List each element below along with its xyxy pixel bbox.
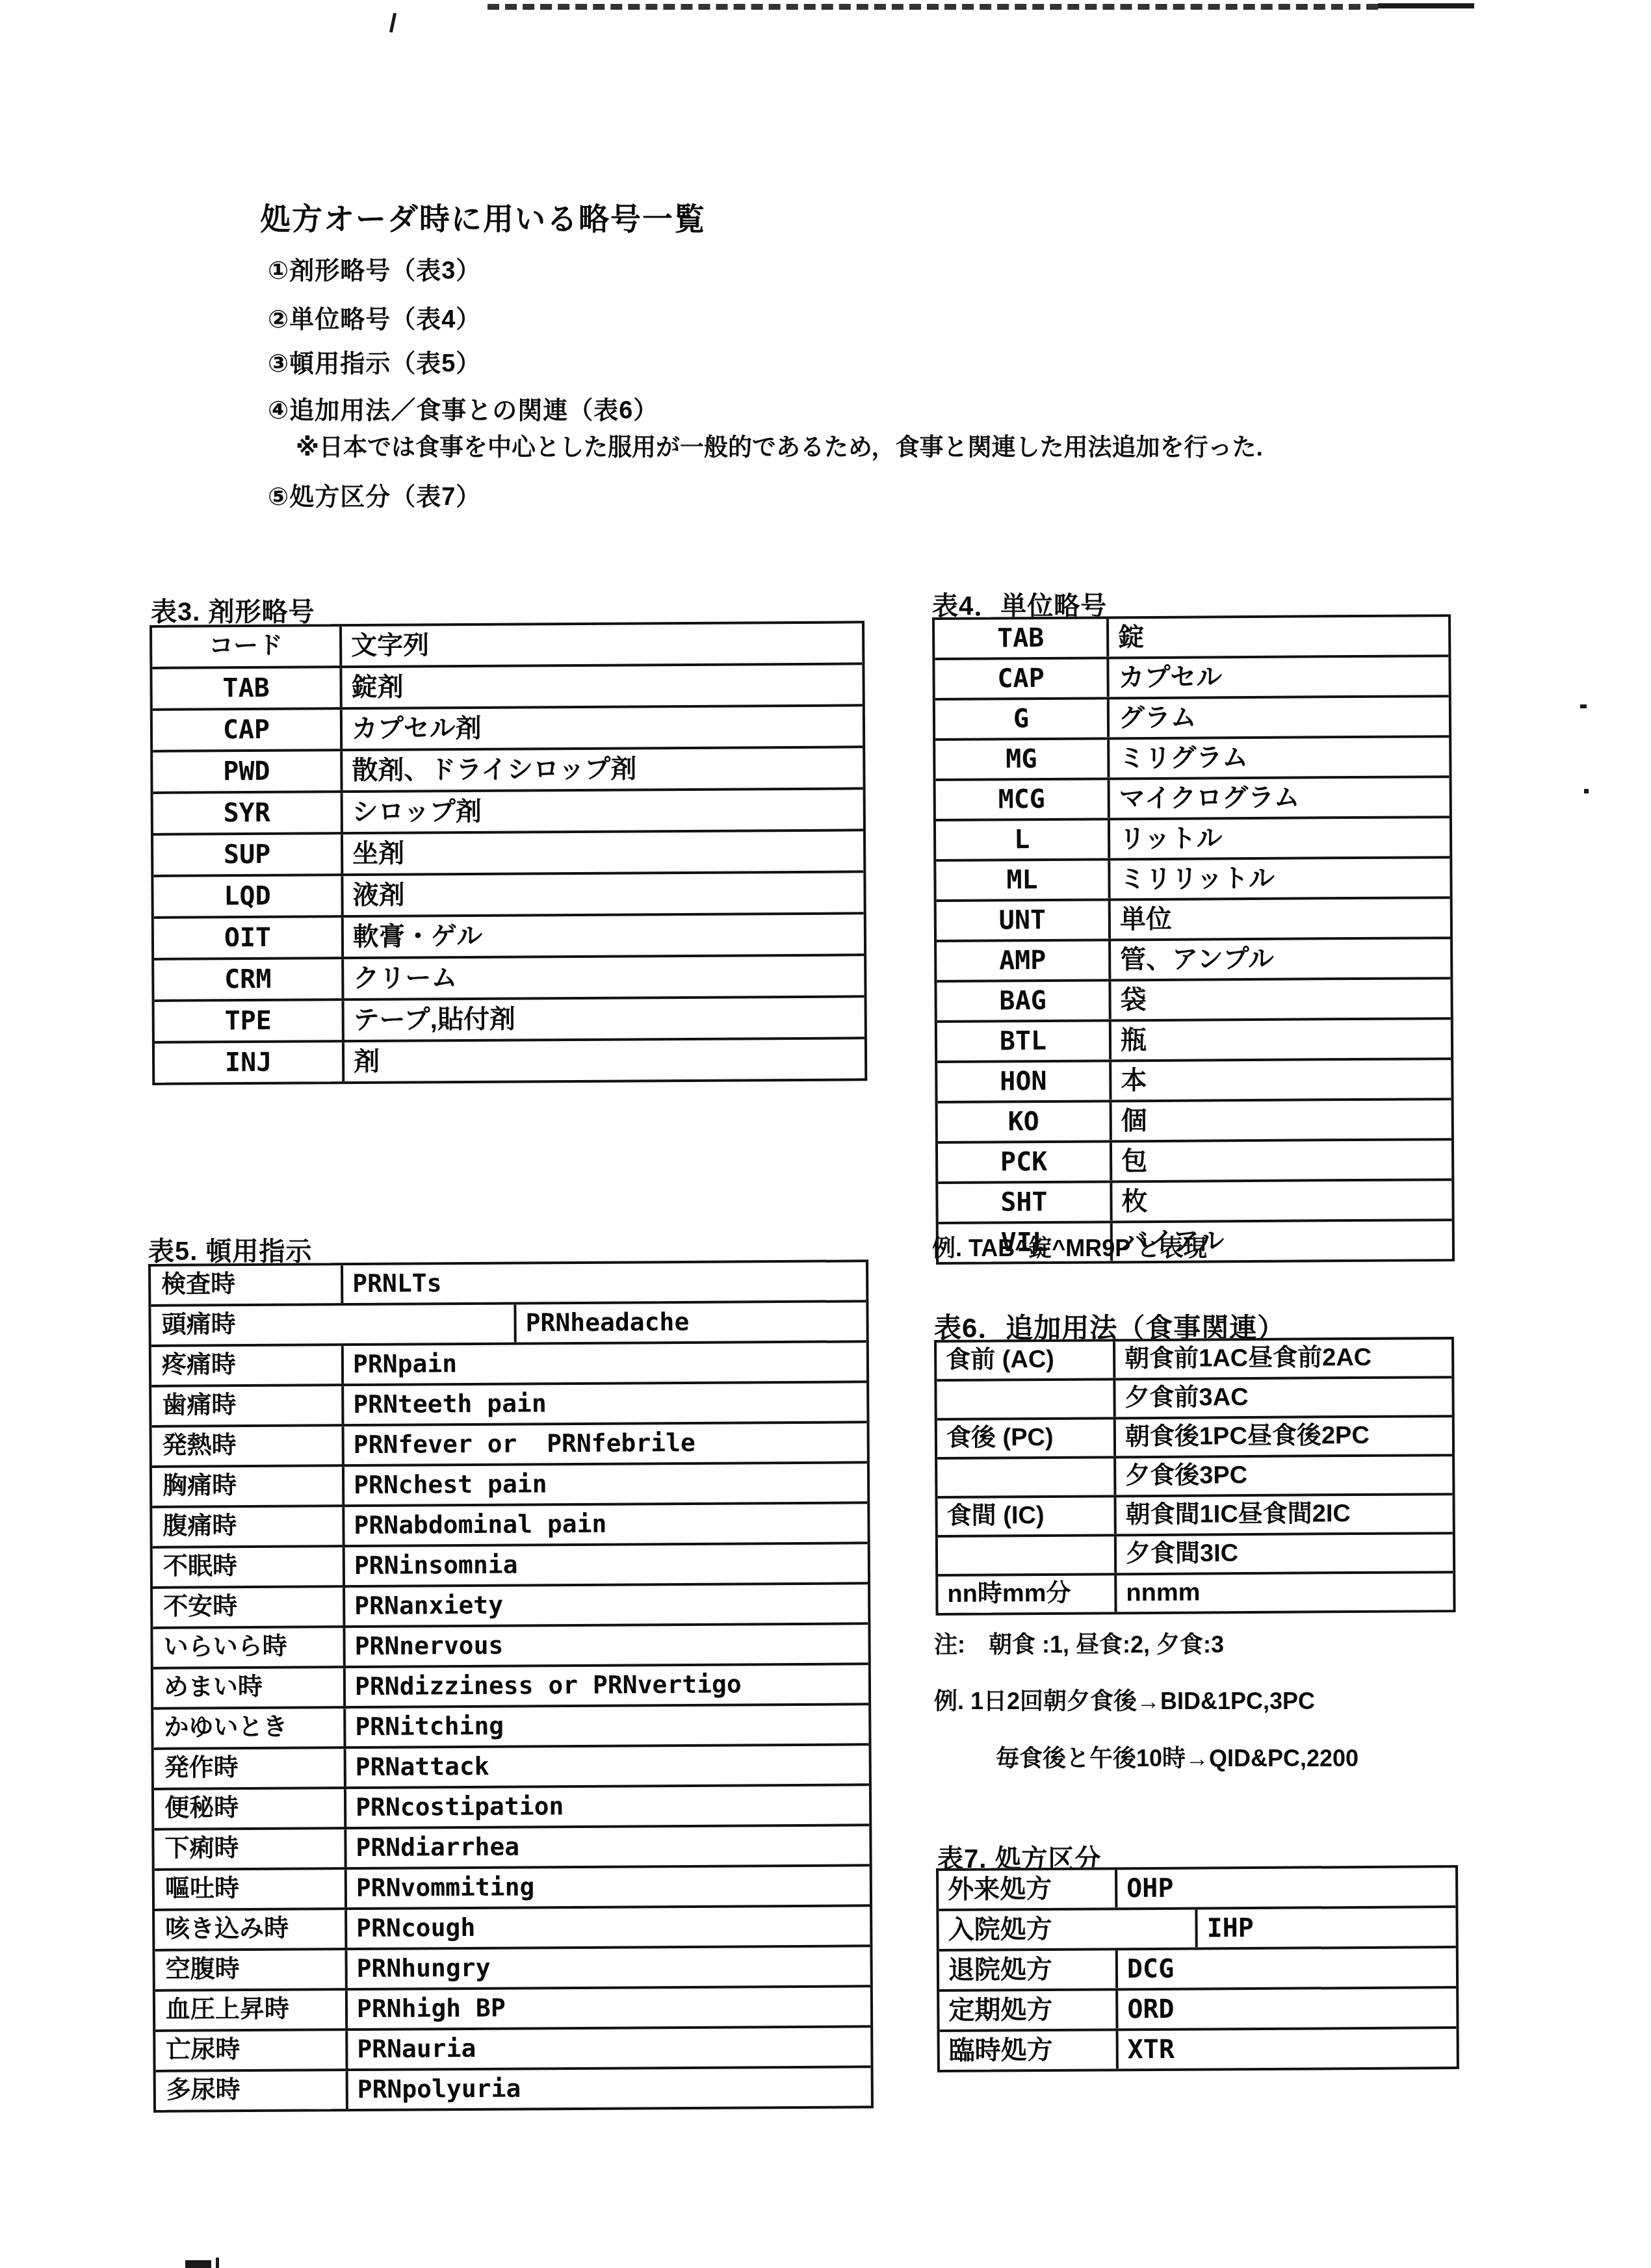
value-cell: クリーム xyxy=(341,956,864,998)
term-cell: 定期処方 xyxy=(939,1991,1115,2030)
term-cell: TPE xyxy=(155,1001,342,1041)
value-cell: 夕食後3PC xyxy=(1113,1456,1452,1495)
term-cell: 発熱時 xyxy=(152,1426,342,1465)
table-row: 退院処方DCG xyxy=(939,1946,1456,1989)
table-row: MLミリリットル xyxy=(936,856,1449,899)
term-cell: 空腹時 xyxy=(155,1950,344,1989)
term-cell: PWD xyxy=(153,751,340,792)
value-cell: 朝食前1AC昼食前2AC xyxy=(1113,1339,1451,1378)
term-cell: 発作時 xyxy=(154,1749,344,1788)
term-cell: nn時mm分 xyxy=(938,1575,1114,1613)
value-cell: 管、アンプル xyxy=(1108,939,1450,979)
table-row: MGミリグラム xyxy=(935,735,1449,779)
scan-artifact-bottom-tick xyxy=(216,2258,219,2268)
term-cell: CAP xyxy=(153,710,340,750)
term-cell: L xyxy=(936,820,1108,859)
table-row: 臨時処方XTR xyxy=(940,2026,1457,2070)
term-cell: 不安時 xyxy=(153,1588,343,1627)
table6-meal-related-usage: 食前 (AC)朝食前1AC昼食前2AC夕食前3AC食後 (PC)朝食後1PC昼食… xyxy=(934,1337,1456,1616)
value-cell: DCG xyxy=(1115,1948,1456,1988)
term-cell: 食前 (AC) xyxy=(937,1341,1113,1379)
table-row: CAPカプセル剤 xyxy=(153,704,863,750)
term-cell: CAP xyxy=(935,659,1106,698)
table-row: 食後 (PC)朝食後1PC昼食後2PC xyxy=(937,1415,1452,1457)
table-row: HON本 xyxy=(937,1057,1451,1101)
value-cell: 剤 xyxy=(342,1039,864,1081)
value-cell: 袋 xyxy=(1108,979,1450,1019)
table-row: BTL瓶 xyxy=(937,1017,1451,1061)
value-cell: PRNanxiety xyxy=(343,1584,868,1625)
table-row: 腹痛時PRNabdominal pain xyxy=(152,1501,867,1546)
value-cell: 枚 xyxy=(1110,1181,1451,1220)
table-row: SYRシロップ剤 xyxy=(153,787,863,833)
intro-item-additional-usage: ④追加用法／食事との関連（表6） xyxy=(268,390,658,426)
table-row: かゆいときPRNitching xyxy=(153,1703,868,1747)
term-cell: いらいら時 xyxy=(153,1628,343,1667)
term-cell xyxy=(937,1458,1113,1496)
term-cell: UNT xyxy=(937,901,1108,940)
value-cell: リットル xyxy=(1108,818,1449,858)
term-cell: LQD xyxy=(153,876,341,916)
value-cell: ミリリットル xyxy=(1108,858,1449,898)
term-cell: 胸痛時 xyxy=(152,1467,342,1506)
term-cell: 便秘時 xyxy=(154,1789,344,1828)
table-row: 咳き込み時PRNcough xyxy=(155,1904,870,1949)
term-cell: 嘔吐時 xyxy=(155,1870,344,1909)
table-row: 下痢時PRNdiarrhea xyxy=(154,1823,869,1868)
term-cell: OIT xyxy=(154,918,341,958)
intro-item-unit: ②単位略号（表4） xyxy=(268,299,481,335)
term-cell: INJ xyxy=(155,1042,342,1083)
value-cell: PRNteeth pain xyxy=(341,1383,866,1424)
table-row: 定期処方ORD xyxy=(939,1986,1456,2030)
value-cell: マイクログラム xyxy=(1108,778,1449,818)
term-cell: 外来処方 xyxy=(939,1870,1115,1909)
page-title: 処方オーダ時に用いる略号一覧 xyxy=(260,195,706,238)
table-row: INJ剤 xyxy=(155,1037,864,1083)
term-cell: 咳き込み時 xyxy=(155,1910,344,1949)
value-cell: カプセル剤 xyxy=(340,706,863,749)
scan-artifact-speck xyxy=(1580,704,1587,708)
table-row: 多尿時PRNpolyuria xyxy=(156,2065,871,2110)
term-cell: かゆいとき xyxy=(153,1708,343,1747)
table-row: 疼痛時PRNpain xyxy=(151,1340,866,1385)
value-cell: ミリグラム xyxy=(1107,738,1449,777)
term-cell: コード xyxy=(152,626,339,667)
table-row: 便秘時PRNcostipation xyxy=(154,1783,869,1828)
term-cell: TAB xyxy=(152,668,339,708)
table-row: 検査時PRNLTs xyxy=(151,1262,866,1304)
table-row: Lリットル xyxy=(936,816,1449,859)
intro-item-dosage-form: ①剤形略号（表3） xyxy=(268,250,481,286)
scan-artifact-speck xyxy=(1584,789,1589,793)
value-cell: 夕食間3IC xyxy=(1114,1534,1453,1573)
table-row: 入院処方IHP xyxy=(939,1905,1455,1949)
table3-dosage-form-codes: コード文字列TAB錠剤CAPカプセル剤PWD散剤、ドライシロップ剤SYRシロップ… xyxy=(149,621,867,1085)
term-cell: KO xyxy=(938,1102,1110,1141)
table-row: TPEテープ,貼付剤 xyxy=(155,995,864,1041)
table7-prescription-classes: 外来処方OHP入院処方IHP退院処方DCG定期処方ORD臨時処方XTR xyxy=(936,1865,1459,2072)
term-cell: PCK xyxy=(938,1142,1110,1181)
value-cell: PRNnervous xyxy=(343,1625,868,1666)
term-cell: MCG xyxy=(936,780,1108,819)
term-cell xyxy=(937,1380,1113,1418)
table5-title: 表5. 頓用指示 xyxy=(148,1231,312,1268)
table-row: 亡尿時PRNauria xyxy=(155,2025,870,2070)
term-cell: 検査時 xyxy=(151,1265,341,1304)
value-cell: 朝食間1IC昼食間2IC xyxy=(1113,1495,1452,1534)
term-cell: 食後 (PC) xyxy=(937,1419,1113,1457)
term-cell: 歯痛時 xyxy=(151,1386,341,1425)
scan-artifact-top-dashes xyxy=(487,4,1378,10)
term-cell: 腹痛時 xyxy=(152,1507,342,1546)
value-cell: PRNinsomnia xyxy=(343,1544,868,1585)
value-cell: PRNabdominal pain xyxy=(342,1504,867,1545)
table-row: めまい時PRNdizziness or PRNvertigo xyxy=(153,1662,868,1707)
term-cell: 頭痛時 xyxy=(151,1305,513,1345)
term-cell xyxy=(938,1536,1114,1574)
table-row: 不眠時PRNinsomnia xyxy=(153,1541,868,1586)
value-cell: nnmm xyxy=(1114,1573,1453,1612)
term-cell: CRM xyxy=(154,959,341,999)
value-cell: 夕食前3AC xyxy=(1113,1378,1451,1417)
value-cell: PRNfever or PRNfebrile xyxy=(342,1423,867,1464)
table-row: 頭痛時PRNheadache xyxy=(151,1300,866,1345)
term-cell: 下痢時 xyxy=(154,1829,344,1868)
term-cell: SUP xyxy=(153,834,341,875)
value-cell: PRNheadache xyxy=(513,1302,866,1342)
table-row: Gグラム xyxy=(935,695,1449,738)
term-cell: 入院処方 xyxy=(939,1910,1195,1949)
table-row: LQD液剤 xyxy=(153,870,863,916)
intro-footnote: ※日本では食事を中心とした服用が一般的であるため，食事と関連した用法追加を行った… xyxy=(296,428,1263,463)
term-cell: BAG xyxy=(937,981,1108,1020)
table6-note-example-1: 例. 1日2回朝夕食後→BID&1PC,3PC xyxy=(934,1683,1315,1716)
term-cell: 不眠時 xyxy=(153,1547,343,1586)
intro-item-prn: ③頓用指示（表5） xyxy=(268,343,481,379)
value-cell: 瓶 xyxy=(1109,1020,1451,1059)
scanned-document-page: 処方オーダ時に用いる略号一覧 ①剤形略号（表3） ②単位略号（表4） ③頓用指示… xyxy=(0,0,1651,2268)
term-cell: SHT xyxy=(938,1183,1110,1222)
table-row: 発作時PRNattack xyxy=(154,1743,869,1788)
table-row: 不安時PRNanxiety xyxy=(153,1582,868,1627)
table-row: UNT単位 xyxy=(937,896,1450,940)
table-row: 発熱時PRNfever or PRNfebrile xyxy=(152,1421,867,1465)
value-cell: 液剤 xyxy=(341,873,863,915)
table3-title: 表3. 剤形略号 xyxy=(151,591,315,628)
value-cell: グラム xyxy=(1107,697,1449,737)
table6-note-example-2: 毎食後と午後10時→QID&PC,2200 xyxy=(996,1740,1358,1773)
intro-item-prescription-class: ⑤処方区分（表7） xyxy=(268,476,481,512)
value-cell: PRNdizziness or PRNvertigo xyxy=(343,1665,868,1706)
table6-note-legend: 注: 朝食 :1, 昼食:2, 夕食:3 xyxy=(934,1627,1224,1660)
term-cell: 食間 (IC) xyxy=(937,1497,1113,1535)
term-cell: ML xyxy=(936,860,1108,899)
term-cell: AMP xyxy=(937,941,1108,980)
table-row: nn時mm分nnmm xyxy=(938,1571,1453,1613)
table-row: PCK包 xyxy=(938,1138,1451,1181)
table5-prn-instructions: 検査時PRNLTs頭痛時PRNheadache疼痛時PRNpain歯痛時PRNt… xyxy=(148,1259,874,2113)
table4-example-note: 例. TAB^錠^MR9P と表現 xyxy=(932,1230,1207,1263)
value-cell: PRNpain xyxy=(341,1343,866,1384)
value-cell: シロップ剤 xyxy=(341,790,863,832)
value-cell: 朝食後1PC昼食後2PC xyxy=(1113,1417,1452,1456)
value-cell: 坐剤 xyxy=(341,831,863,873)
scan-artifact-top-solid xyxy=(1378,3,1474,8)
value-cell: 単位 xyxy=(1108,899,1450,938)
table-row: 外来処方OHP xyxy=(939,1868,1455,1909)
table-row: いらいら時PRNnervous xyxy=(153,1622,868,1667)
table-row: 夕食間3IC xyxy=(938,1532,1453,1574)
value-cell: 本 xyxy=(1109,1060,1451,1100)
scan-artifact-bottom-mark xyxy=(185,2260,211,2268)
term-cell: 血圧上昇時 xyxy=(155,1991,345,2030)
value-cell: PRNattack xyxy=(344,1746,869,1786)
table4-unit-codes: TAB錠CAPカプセルGグラムMGミリグラムMCGマイクログラムLリットルMLミ… xyxy=(932,614,1455,1265)
table-row: CAPカプセル xyxy=(935,654,1448,698)
table-row: 嘔吐時PRNvommiting xyxy=(155,1864,870,1909)
table-row: SUP坐剤 xyxy=(153,829,863,875)
term-cell: BTL xyxy=(937,1022,1109,1061)
table-row: 食前 (AC)朝食前1AC昼食前2AC xyxy=(937,1339,1451,1379)
value-cell: 散剤、ドライシロップ剤 xyxy=(340,748,863,790)
value-cell: OHP xyxy=(1115,1868,1455,1907)
table-row: BAG袋 xyxy=(937,977,1450,1020)
value-cell: 個 xyxy=(1110,1100,1451,1140)
term-cell: HON xyxy=(937,1062,1109,1101)
term-cell: MG xyxy=(935,740,1107,779)
value-cell: 錠剤 xyxy=(339,665,862,707)
value-cell: 軟膏・ゲル xyxy=(341,914,864,957)
table-row: SHT枚 xyxy=(938,1178,1451,1222)
term-cell: 多尿時 xyxy=(156,2071,346,2110)
term-cell: 亡尿時 xyxy=(155,2031,345,2070)
value-cell: テープ,貼付剤 xyxy=(342,998,864,1040)
term-cell: G xyxy=(935,699,1107,738)
value-cell: PRNitching xyxy=(343,1705,868,1746)
table-row: CRMクリーム xyxy=(154,953,864,999)
table-row: KO個 xyxy=(938,1098,1451,1141)
table-row: 空腹時PRNhungry xyxy=(155,1944,870,1989)
table-row: AMP管、アンプル xyxy=(937,936,1450,980)
value-cell: PRNvommiting xyxy=(344,1866,870,1907)
table-row: 夕食前3AC xyxy=(937,1376,1451,1418)
term-cell: 臨時処方 xyxy=(940,2031,1116,2070)
table-row: PWD散剤、ドライシロップ剤 xyxy=(153,745,863,792)
term-cell: TAB xyxy=(935,619,1106,658)
table-row: 食間 (IC)朝食間1IC昼食間2IC xyxy=(937,1493,1452,1535)
value-cell: ORD xyxy=(1115,1989,1456,2028)
scan-artifact-squiggle xyxy=(389,13,396,32)
value-cell: PRNchest pain xyxy=(342,1463,867,1504)
value-cell: PRNauria xyxy=(345,2028,870,2068)
value-cell: PRNcostipation xyxy=(344,1786,869,1827)
value-cell: PRNLTs xyxy=(341,1262,866,1303)
value-cell: 包 xyxy=(1110,1140,1451,1180)
value-cell: XTR xyxy=(1116,2029,1457,2068)
value-cell: PRNdiarrhea xyxy=(344,1826,869,1867)
term-cell: 疼痛時 xyxy=(151,1346,341,1385)
value-cell: 錠 xyxy=(1106,617,1448,656)
value-cell: 文字列 xyxy=(339,623,862,665)
table-row: 歯痛時PRNteeth pain xyxy=(151,1380,866,1425)
value-cell: PRNhungry xyxy=(344,1947,870,1988)
table-row: OIT軟膏・ゲル xyxy=(154,912,864,958)
value-cell: PRNhigh BP xyxy=(345,1987,870,2028)
term-cell: 退院処方 xyxy=(939,1950,1115,1989)
table-row: 夕食後3PC xyxy=(937,1454,1452,1496)
table-row: コード文字列 xyxy=(152,623,862,667)
term-cell: SYR xyxy=(153,793,341,833)
table-row: TAB錠 xyxy=(935,617,1448,658)
table-row: 血圧上昇時PRNhigh BP xyxy=(155,1985,870,2030)
value-cell: カプセル xyxy=(1106,657,1448,697)
term-cell: めまい時 xyxy=(153,1668,343,1707)
table-row: 胸痛時PRNchest pain xyxy=(152,1461,867,1506)
table-row: MCGマイクログラム xyxy=(936,775,1449,819)
value-cell: PRNpolyuria xyxy=(346,2068,871,2109)
value-cell: PRNcough xyxy=(344,1907,870,1948)
table-row: TAB錠剤 xyxy=(152,662,862,708)
value-cell: IHP xyxy=(1195,1908,1455,1947)
